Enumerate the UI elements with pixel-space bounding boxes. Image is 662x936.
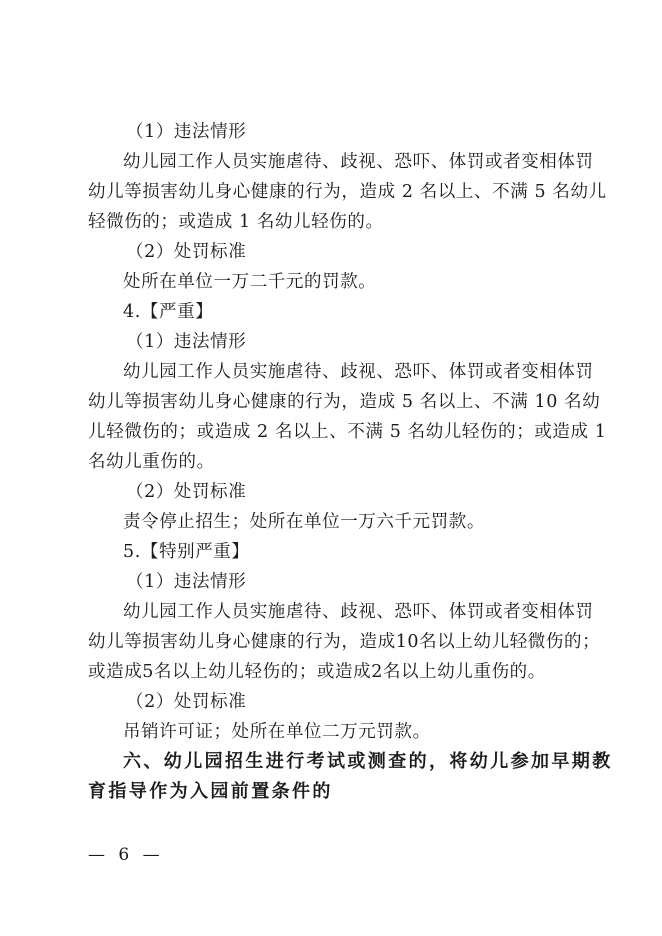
- section-heading-continuation: 育指导作为入园前置条件的: [88, 777, 582, 807]
- paragraph-line: 儿轻微伤的；或造成 2 名以上、不满 5 名幼儿轻伤的；或造成 1: [88, 417, 582, 447]
- subsection-heading-penalty: （2）处罚标准: [88, 477, 582, 507]
- paragraph-line: 幼儿等损害幼儿身心健康的行为，造成10名以上幼儿轻微伤的；: [88, 627, 582, 657]
- subsection-heading-violation: （1）违法情形: [88, 327, 582, 357]
- paragraph-line: 责令停止招生；处所在单位一万六千元罚款。: [88, 507, 582, 537]
- paragraph-line: 幼儿等损害幼儿身心健康的行为，造成 2 名以上、不满 5 名幼儿: [88, 177, 582, 207]
- paragraph-line: 幼儿等损害幼儿身心健康的行为，造成 5 名以上、不满 10 名幼: [88, 387, 582, 417]
- paragraph-line: 幼儿园工作人员实施虐待、歧视、恐吓、体罚或者变相体罚: [88, 597, 582, 627]
- level-heading-serious: 4.【严重】: [88, 297, 582, 327]
- paragraph-line: 幼儿园工作人员实施虐待、歧视、恐吓、体罚或者变相体罚: [88, 357, 582, 387]
- paragraph-line: 或造成5名以上幼儿轻伤的；或造成2名以上幼儿重伤的。: [88, 657, 582, 687]
- paragraph-line: 名幼儿重伤的。: [88, 447, 582, 477]
- level-heading-especially-serious: 5.【特别严重】: [88, 537, 582, 567]
- document-page: （1）违法情形 幼儿园工作人员实施虐待、歧视、恐吓、体罚或者变相体罚 幼儿等损害…: [0, 0, 662, 936]
- subsection-heading-penalty: （2）处罚标准: [88, 687, 582, 717]
- page-number: — 6 —: [88, 843, 164, 867]
- paragraph-line: 轻微伤的；或造成 1 名幼儿轻伤的。: [88, 207, 582, 237]
- paragraph-line: 处所在单位一万二千元的罚款。: [88, 267, 582, 297]
- document-body: （1）违法情形 幼儿园工作人员实施虐待、歧视、恐吓、体罚或者变相体罚 幼儿等损害…: [88, 117, 582, 807]
- subsection-heading-violation: （1）违法情形: [88, 567, 582, 597]
- paragraph-line: 幼儿园工作人员实施虐待、歧视、恐吓、体罚或者变相体罚: [88, 147, 582, 177]
- paragraph-line: 吊销许可证；处所在单位二万元罚款。: [88, 717, 582, 747]
- section-heading: 六、幼儿园招生进行考试或测查的，将幼儿参加早期教: [88, 747, 582, 777]
- subsection-heading-violation: （1）违法情形: [88, 117, 582, 147]
- subsection-heading-penalty: （2）处罚标准: [88, 237, 582, 267]
